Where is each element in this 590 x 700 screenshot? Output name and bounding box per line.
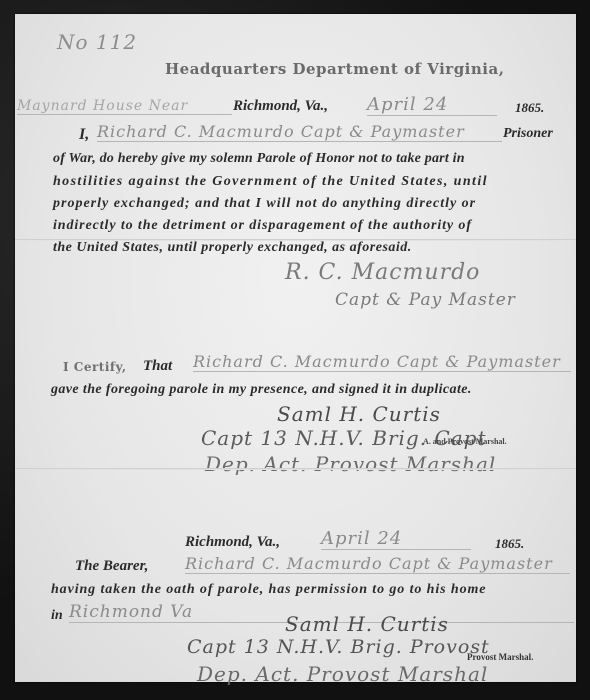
parole-body-line-4: indirectly to the detriment or disparage… [53, 218, 472, 234]
parole-place-handwritten: Maynard House Near [17, 98, 232, 115]
parole-place-printed: Richmond, Va., [233, 98, 328, 115]
parole-body-line-2: hostilities against the Government of th… [53, 174, 488, 190]
page-title: Headquarters Department of Virginia, [165, 60, 504, 78]
fold-line-top [15, 239, 576, 241]
pass-in-label: in [51, 608, 63, 624]
parole-prisoner-name: Richard C. Macmurdo Capt & Paymaster [97, 122, 502, 142]
pass-year: 1865. [495, 536, 524, 552]
pass-signature-title: Dep. Act. Provost Marshal [197, 662, 488, 686]
pass-body: having taken the oath of parole, has per… [51, 582, 486, 598]
parole-date: April 24 [367, 94, 497, 116]
certify-label: I Certify, [63, 360, 127, 374]
pass-place-printed: Richmond, Va., [185, 534, 280, 551]
pass-date: April 24 [321, 528, 471, 550]
parole-body-line-1: of War, do hereby give my solemn Parole … [53, 151, 465, 167]
file-number: No 112 [57, 30, 137, 54]
parole-prisoner-label: Prisoner [503, 126, 553, 142]
prisoner-signature-title: Capt & Pay Master [335, 290, 516, 310]
parole-year: 1865. [515, 100, 544, 116]
fold-line-bottom [15, 468, 576, 470]
parole-document: No 112 Headquarters Department of Virgin… [15, 14, 576, 682]
pass-signature-rank: Capt 13 N.H.V. Brig. Provost [187, 636, 490, 658]
parole-body-line-5: the United States, until properly exchan… [53, 240, 412, 256]
parole-body-line-3: properly exchanged; and that I will not … [53, 196, 476, 212]
certify-that: That [143, 358, 172, 375]
certify-printed-title: A. and Provost Marshal. [423, 437, 507, 446]
parole-intro: I, [79, 126, 89, 144]
certify-body: gave the foregoing parole in my presence… [51, 382, 472, 398]
pass-signature-name: Saml H. Curtis [285, 612, 449, 636]
pass-bearer-name: Richard C. Macmurdo Capt & Paymaster [185, 554, 570, 574]
prisoner-signature-name: R. C. Macmurdo [285, 260, 480, 285]
certify-prisoner-name: Richard C. Macmurdo Capt & Paymaster [193, 352, 571, 372]
pass-printed-title: Provost Marshal. [467, 652, 533, 662]
certify-signature-name: Saml H. Curtis [277, 402, 441, 426]
pass-bearer-label: The Bearer, [75, 558, 148, 575]
certify-signature-title: Dep. Act. Provost Marshal [205, 452, 496, 476]
